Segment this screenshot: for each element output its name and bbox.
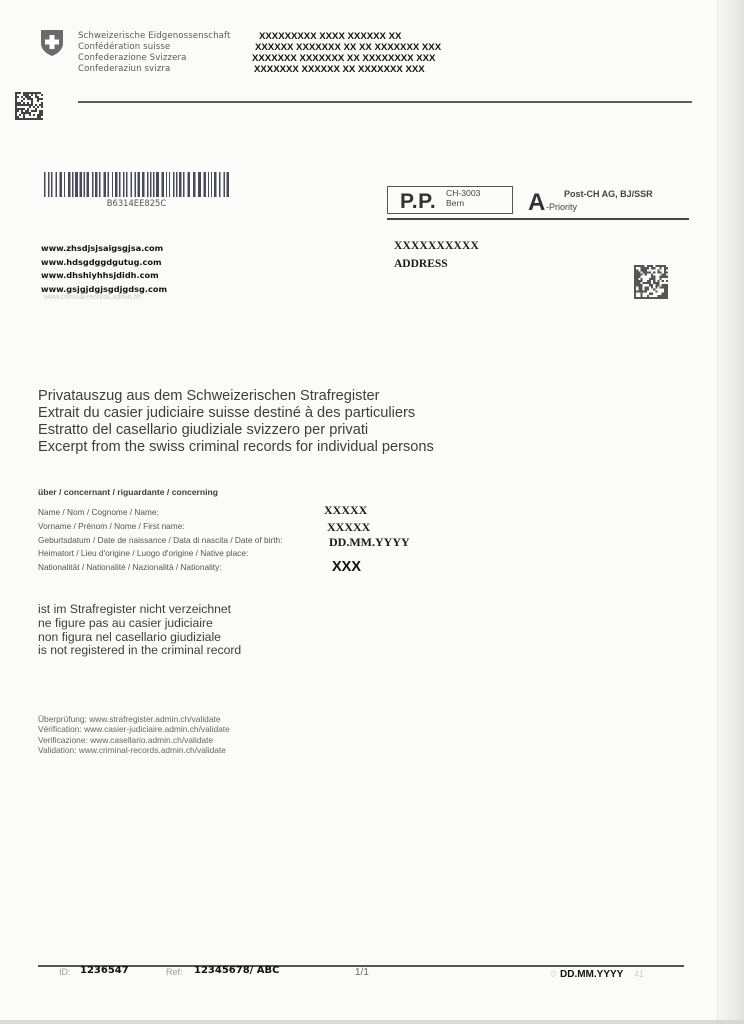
redacted-line: XXXXXXX XXXXXX XX XXXXXXX XXX — [252, 64, 441, 75]
website-link[interactable]: www.dhshiyhhsjdidh.com — [41, 269, 167, 283]
redacted-line: XXXXXXXXX XXXX XXXXXX XX — [252, 31, 441, 42]
title-line-fr: Extrait du casier judiciaire suisse dest… — [38, 405, 434, 422]
status-line-it: non figura nel casellario giudiziale — [38, 631, 241, 645]
mail-class-letter: A — [528, 189, 545, 217]
document-title: Privatauszug aus dem Schweizerischen Str… — [38, 388, 434, 456]
postal-city: Bern — [446, 198, 480, 208]
datamatrix-code-icon — [14, 92, 44, 120]
value-name: XXXXX — [324, 503, 367, 518]
footer-date-faint-suffix: 41 — [634, 969, 644, 979]
personal-data-labels: Name / Nom / Cognome / Name: Vorname / P… — [38, 506, 282, 575]
sender-websites: www.zhsdjsjsaigsgjsa.com www.hdsgdggdgut… — [41, 242, 167, 296]
status-line-en: is not registered in the criminal record — [38, 644, 241, 658]
page-right-edge — [717, 0, 744, 1024]
footer-date-faint-prefix: 0 — [551, 969, 556, 979]
postage-location: CH-3003 Bern — [446, 188, 480, 208]
website-link[interactable]: www.gsjgjdgjsgdjgdsg.com — [41, 283, 167, 297]
validation-links: Überprüfung: www.strafregister.admin.ch/… — [38, 714, 230, 756]
barcode-number: B6314EE825C — [44, 198, 229, 208]
barcode — [44, 172, 229, 197]
redacted-department: XXXXXXXXX XXXX XXXXXX XX XXXXXX XXXXXXX … — [252, 31, 441, 75]
footer-id-value: 1236547 — [80, 965, 129, 976]
validation-link-fr[interactable]: Vérification: www.casier-judiciaire.admi… — [38, 724, 230, 734]
label-nationality: Nationalität / Nationalité / Nazionalità… — [38, 561, 282, 575]
value-date-of-birth: DD.MM.YYYY — [329, 535, 410, 550]
label-native-place: Heimatort / Lieu d'origine / Luogo d'ori… — [38, 547, 282, 561]
recipient-address: ADDRESS — [394, 258, 448, 270]
record-status: ist im Strafregister nicht verzeichnet n… — [38, 603, 241, 658]
label-date-of-birth: Geburtsdatum / Date de naissance / Data … — [38, 534, 282, 548]
footer-ref-value: 12345678/ ABC — [194, 965, 280, 976]
validation-link-it[interactable]: Verificazione: www.casellario.admin.ch/v… — [38, 735, 230, 745]
postage-divider — [387, 218, 689, 220]
status-line-de: ist im Strafregister nicht verzeichnet — [38, 603, 241, 617]
title-line-en: Excerpt from the swiss criminal records … — [38, 439, 434, 456]
validation-link-de[interactable]: Überprüfung: www.strafregister.admin.ch/… — [38, 714, 230, 724]
footer-date: DD.MM.YYYY — [560, 969, 623, 980]
swiss-shield-icon — [40, 29, 64, 57]
page-number: 1/1 — [355, 967, 369, 978]
value-first-name: XXXXX — [327, 520, 370, 535]
federal-name-fr: Confédération suisse — [78, 42, 230, 53]
footer-ref-label: Ref: — [166, 967, 183, 977]
mail-class-label: -Priority — [546, 202, 577, 212]
title-line-de: Privatauszug aus dem Schweizerischen Str… — [38, 388, 434, 405]
redacted-line: XXXXXXX XXXXXXX XX XXXXXXXX XXX — [252, 53, 441, 64]
website-link[interactable]: www.hdsgdggdgutug.com — [41, 256, 167, 270]
federal-name-de: Schweizerische Eidgenossenschaft — [78, 31, 230, 42]
validation-link-en[interactable]: Validation: www.criminal-records.admin.c… — [38, 745, 230, 755]
pp-label: P.P. — [400, 190, 436, 214]
title-line-it: Estratto del casellario giudiziale svizz… — [38, 422, 434, 439]
page-bottom-edge — [0, 1020, 744, 1024]
label-first-name: Vorname / Prénom / Nome / First name: — [38, 520, 282, 534]
status-line-fr: ne figure pas au casier judiciaire — [38, 617, 241, 631]
federal-administration-names: Schweizerische Eidgenossenschaft Confédé… — [78, 31, 230, 75]
federal-name-it: Confederazione Svizzera — [78, 53, 230, 64]
footer-id-label: ID: — [59, 967, 71, 977]
recipient-name: XXXXXXXXXX — [394, 240, 479, 252]
concerning-heading: über / concernant / riguardante / concer… — [38, 487, 218, 497]
label-name: Name / Nom / Cognome / Name: — [38, 506, 282, 520]
value-nationality: XXX — [332, 559, 361, 575]
postal-code: CH-3003 — [446, 188, 480, 198]
federal-name-rm: Confederaziun svizra — [78, 64, 230, 75]
postal-carrier: Post-CH AG, BJ/SSR — [564, 189, 653, 199]
header-divider — [78, 101, 692, 103]
redacted-line: XXXXXX XXXXXXX XX XX XXXXXXX XXX — [252, 42, 441, 53]
website-link[interactable]: www.zhsdjsjsaigsgjsa.com — [41, 242, 167, 256]
datamatrix-code-icon — [634, 265, 668, 299]
